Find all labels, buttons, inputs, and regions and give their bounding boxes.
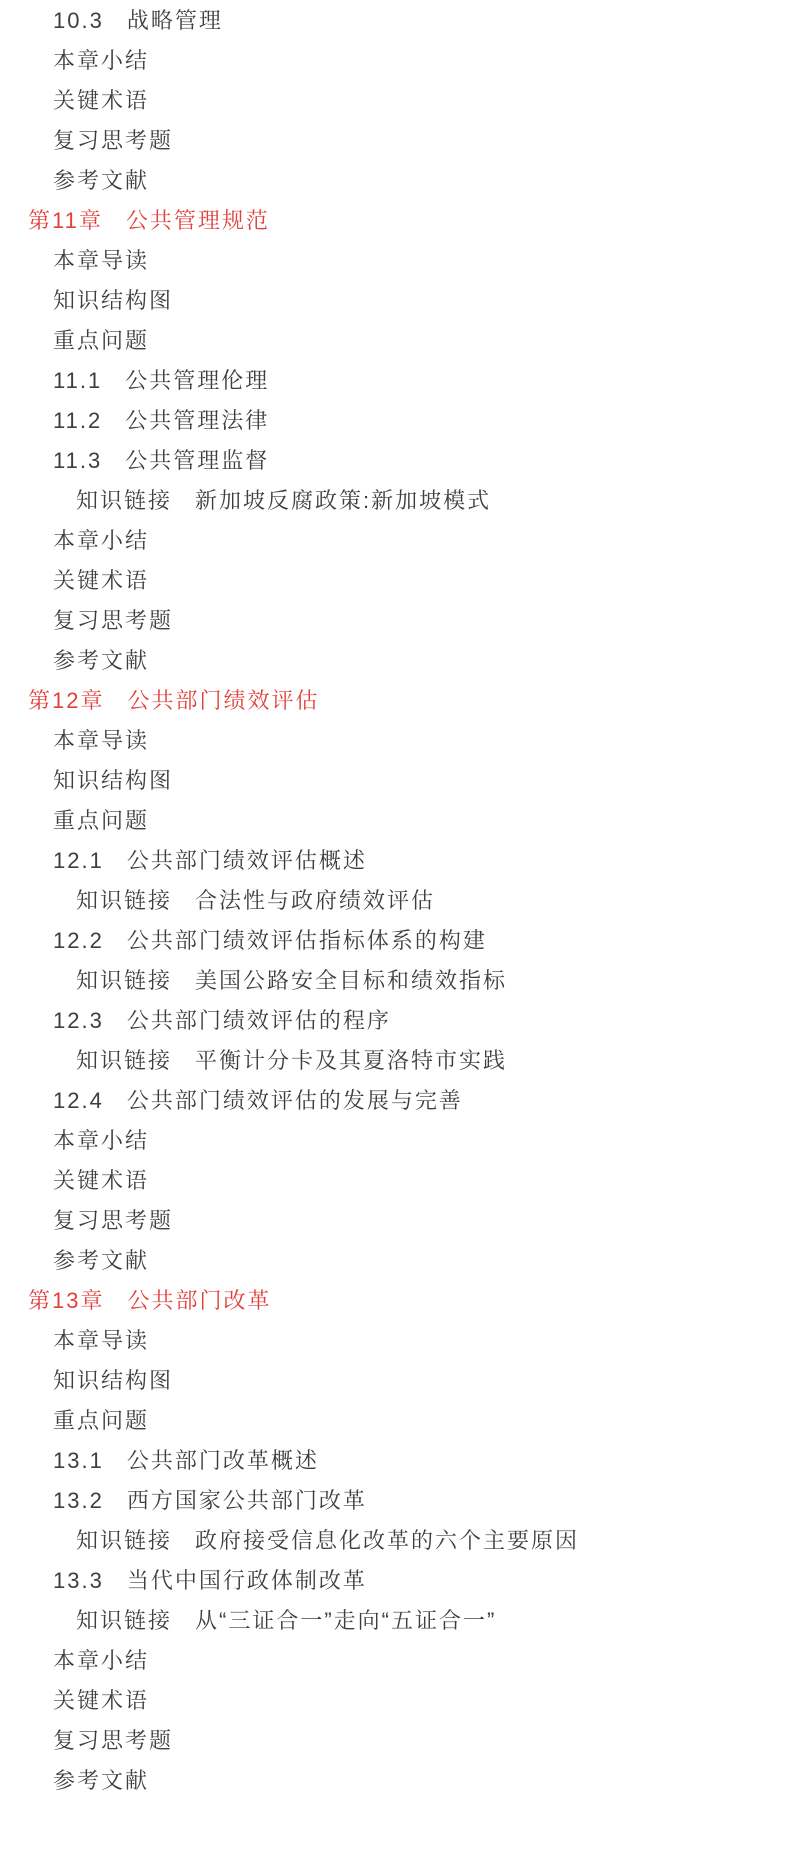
toc-entry-item: 知识结构图 <box>0 281 790 321</box>
toc-entry-item: 重点问题 <box>0 321 790 361</box>
toc-entry-title: 公共部门改革概述 <box>127 1448 319 1473</box>
toc-entry-link: 知识链接平衡计分卡及其夏洛特市实践 <box>0 1041 790 1081</box>
toc-entry-item: 复习思考题 <box>0 601 790 641</box>
toc-entry-title: 本章导读 <box>53 728 149 753</box>
toc-entry-title: 公共管理规范 <box>126 208 270 233</box>
toc-entry-title: 复习思考题 <box>53 1208 173 1233</box>
toc-entry-title: 公共部门绩效评估概述 <box>127 848 367 873</box>
toc-entry-number: 第11章 <box>28 208 103 233</box>
toc-entry-number: 第12章 <box>28 688 104 713</box>
toc-entry-title: 关键术语 <box>53 1168 149 1193</box>
toc-entry-item: 本章小结 <box>0 521 790 561</box>
toc-entry-number: 13.1 <box>53 1448 104 1473</box>
toc-entry-title: 本章小结 <box>53 48 149 73</box>
toc-entry-title: 公共部门绩效评估指标体系的构建 <box>127 928 487 953</box>
toc-entry-section: 10.3战略管理 <box>0 1 790 41</box>
toc-entry-number: 13.2 <box>53 1488 104 1513</box>
toc-entry-title: 关键术语 <box>53 568 149 593</box>
toc-entry-title: 公共管理监督 <box>125 448 269 473</box>
toc-entry-title: 美国公路安全目标和绩效指标 <box>195 968 507 993</box>
toc-entry-title: 合法性与政府绩效评估 <box>195 888 435 913</box>
toc-entry-title: 关键术语 <box>53 1688 149 1713</box>
toc-entry-item: 重点问题 <box>0 1401 790 1441</box>
toc-entry-section: 12.4公共部门绩效评估的发展与完善 <box>0 1081 790 1121</box>
toc-entry-title: 公共部门绩效评估的程序 <box>127 1008 391 1033</box>
toc-entry-link: 知识链接从“三证合一”走向“五证合一” <box>0 1601 790 1641</box>
toc-entry-item: 本章小结 <box>0 1641 790 1681</box>
toc-entry-number: 第13章 <box>28 1288 104 1313</box>
toc-entry-item: 本章导读 <box>0 1321 790 1361</box>
toc-entry-section: 13.2西方国家公共部门改革 <box>0 1481 790 1521</box>
toc-entry-title: 西方国家公共部门改革 <box>127 1488 367 1513</box>
toc-entry-number: 11.2 <box>53 408 102 433</box>
toc-entry-chapter: 第13章公共部门改革 <box>0 1281 790 1321</box>
toc-entry-section: 13.3当代中国行政体制改革 <box>0 1561 790 1601</box>
toc-entry-number: 11.1 <box>53 368 102 393</box>
toc-entry-title: 本章小结 <box>53 1128 149 1153</box>
table-of-contents: 10.3战略管理 本章小结 关键术语 复习思考题 参考文献 第11章公共管理规范… <box>0 0 790 1801</box>
toc-entry-title: 公共管理伦理 <box>125 368 269 393</box>
toc-entry-item: 本章小结 <box>0 41 790 81</box>
toc-entry-number: 12.3 <box>53 1008 104 1033</box>
toc-entry-number: 12.2 <box>53 928 104 953</box>
toc-entry-item: 参考文献 <box>0 641 790 681</box>
toc-entry-section: 12.1公共部门绩效评估概述 <box>0 841 790 881</box>
toc-entry-item: 知识结构图 <box>0 761 790 801</box>
toc-entry-title: 复习思考题 <box>53 128 173 153</box>
toc-entry-number: 知识链接 <box>76 1528 172 1553</box>
toc-entry-title: 新加坡反腐政策:新加坡模式 <box>195 488 491 513</box>
toc-entry-item: 参考文献 <box>0 161 790 201</box>
toc-entry-link: 知识链接新加坡反腐政策:新加坡模式 <box>0 481 790 521</box>
toc-entry-number: 知识链接 <box>76 488 172 513</box>
toc-entry-link: 知识链接美国公路安全目标和绩效指标 <box>0 961 790 1001</box>
toc-entry-chapter: 第11章公共管理规范 <box>0 201 790 241</box>
toc-entry-title: 参考文献 <box>53 648 149 673</box>
toc-entry-number: 知识链接 <box>76 968 172 993</box>
toc-entry-item: 本章导读 <box>0 241 790 281</box>
toc-entry-title: 知识结构图 <box>53 1368 173 1393</box>
toc-entry-link: 知识链接政府接受信息化改革的六个主要原因 <box>0 1521 790 1561</box>
toc-entry-title: 平衡计分卡及其夏洛特市实践 <box>195 1048 507 1073</box>
toc-entry-number: 13.3 <box>53 1568 104 1593</box>
toc-entry-item: 知识结构图 <box>0 1361 790 1401</box>
toc-entry-section: 12.2公共部门绩效评估指标体系的构建 <box>0 921 790 961</box>
toc-entry-title: 参考文献 <box>53 1248 149 1273</box>
toc-entry-item: 关键术语 <box>0 81 790 121</box>
toc-entry-number: 12.4 <box>53 1088 104 1113</box>
toc-entry-item: 关键术语 <box>0 1681 790 1721</box>
toc-entry-title: 重点问题 <box>53 328 149 353</box>
toc-entry-title: 战略管理 <box>127 8 223 33</box>
toc-entry-title: 重点问题 <box>53 1408 149 1433</box>
toc-entry-item: 关键术语 <box>0 561 790 601</box>
toc-entry-number: 12.1 <box>53 848 104 873</box>
toc-entry-item: 重点问题 <box>0 801 790 841</box>
toc-entry-item: 本章小结 <box>0 1121 790 1161</box>
toc-entry-title: 参考文献 <box>53 1768 149 1793</box>
toc-entry-item: 关键术语 <box>0 1161 790 1201</box>
toc-entry-number: 10.3 <box>53 8 104 33</box>
toc-entry-section: 11.3公共管理监督 <box>0 441 790 481</box>
toc-entry-section: 11.1公共管理伦理 <box>0 361 790 401</box>
toc-entry-number: 知识链接 <box>76 1048 172 1073</box>
toc-entry-title: 复习思考题 <box>53 608 173 633</box>
toc-entry-chapter: 第12章公共部门绩效评估 <box>0 681 790 721</box>
toc-entry-title: 本章导读 <box>53 248 149 273</box>
toc-entry-number: 知识链接 <box>76 888 172 913</box>
toc-entry-title: 知识结构图 <box>53 768 173 793</box>
toc-entry-number: 11.3 <box>53 448 102 473</box>
toc-entry-item: 复习思考题 <box>0 1721 790 1761</box>
toc-entry-title: 复习思考题 <box>53 1728 173 1753</box>
toc-entry-title: 当代中国行政体制改革 <box>127 1568 367 1593</box>
toc-entry-title: 公共部门绩效评估 <box>127 688 319 713</box>
toc-entry-section: 13.1公共部门改革概述 <box>0 1441 790 1481</box>
toc-entry-title: 本章导读 <box>53 1328 149 1353</box>
toc-entry-title: 重点问题 <box>53 808 149 833</box>
toc-entry-item: 参考文献 <box>0 1761 790 1801</box>
toc-entry-link: 知识链接合法性与政府绩效评估 <box>0 881 790 921</box>
toc-entry-title: 公共部门改革 <box>127 1288 271 1313</box>
toc-entry-item: 复习思考题 <box>0 121 790 161</box>
toc-entry-title: 参考文献 <box>53 168 149 193</box>
toc-entry-title: 知识结构图 <box>53 288 173 313</box>
toc-entry-section: 12.3公共部门绩效评估的程序 <box>0 1001 790 1041</box>
toc-entry-item: 本章导读 <box>0 721 790 761</box>
toc-entry-title: 公共管理法律 <box>125 408 269 433</box>
toc-entry-title: 政府接受信息化改革的六个主要原因 <box>195 1528 579 1553</box>
toc-entry-title: 公共部门绩效评估的发展与完善 <box>127 1088 463 1113</box>
toc-entry-item: 复习思考题 <box>0 1201 790 1241</box>
toc-entry-title: 关键术语 <box>53 88 149 113</box>
toc-entry-section: 11.2公共管理法律 <box>0 401 790 441</box>
toc-entry-item: 参考文献 <box>0 1241 790 1281</box>
toc-entry-title: 本章小结 <box>53 528 149 553</box>
toc-entry-title: 本章小结 <box>53 1648 149 1673</box>
toc-entry-number: 知识链接 <box>76 1608 172 1633</box>
toc-entry-title: 从“三证合一”走向“五证合一” <box>195 1608 496 1633</box>
